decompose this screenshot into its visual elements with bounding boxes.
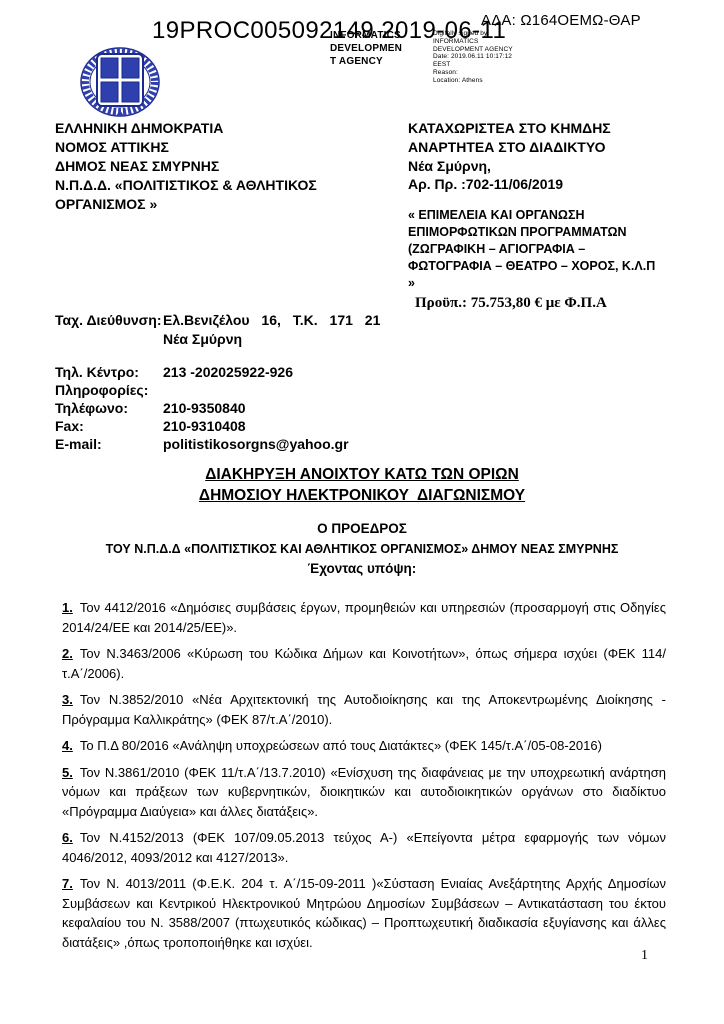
subject-line: (ΖΩΓΡΑΦΙΚΗ – ΑΓΙΟΓΡΑΦΙΑ – bbox=[408, 241, 713, 258]
contact-label: E-mail: bbox=[55, 435, 163, 453]
item-number: 5. bbox=[62, 765, 73, 780]
subject-line: ΕΠΙΜΟΡΦΩΤΙΚΩΝ ΠΡΟΓΡΑΜΜΑΤΩΝ bbox=[408, 224, 713, 241]
authority-line: ΕΛΛΗΝΙΚΗ ΔΗΜΟΚΡΑΤΙΑ bbox=[55, 119, 395, 138]
organization-heading: ΤΟΥ Ν.Π.Δ.Δ «ΠΟΛΙΤΙΣΤΙΚΟΣ ΚΑΙ ΑΘΛΗΤΙΚΟΣ … bbox=[0, 539, 724, 559]
item-text: Τον Ν.3463/2006 «Κύρωση του Κώδικα Δήμων… bbox=[62, 646, 666, 681]
authority-line: ΟΡΓΑΝΙΣΜΟΣ » bbox=[55, 195, 395, 214]
contact-label: Fax: bbox=[55, 417, 163, 435]
contact-row: Fax: 210-9310408 bbox=[55, 417, 435, 435]
subject-line: « ΕΠΙΜΕΛΕΙΑ ΚΑΙ ΟΡΓΑΝΩΣΗ bbox=[408, 207, 713, 224]
contact-value: 210-9350840 bbox=[163, 399, 435, 417]
legal-reference-item: 4.Το Π.Δ 80/2016 «Ανάληψη υποχρεώσεων απ… bbox=[62, 736, 666, 756]
stamp-detail-line: Date: 2019.06.11 10:17:12 bbox=[433, 53, 543, 61]
item-text: Τον Ν.3852/2010 «Νέα Αρχιτεκτονική της Α… bbox=[62, 692, 666, 727]
item-text: Τον Ν.4152/2013 (ΦΕΚ 107/09.05.2013 τεύχ… bbox=[62, 830, 666, 865]
stamp-detail-line: Reason: bbox=[433, 69, 543, 77]
greek-national-emblem-icon bbox=[76, 44, 164, 122]
address-line2: Νέα Σμύρνη bbox=[163, 331, 242, 347]
registry-line: ΚΑΤΑΧΩΡΙΣΤΕΑ ΣΤΟ ΚΗΜΔΗΣ bbox=[408, 119, 713, 138]
title-line2: ΔΗΜΟΣΙΟΥ ΗΛΕΚΤΡΟΝΙΚΟΥ ΔΙΑΓΩΝΙΣΜΟΥ bbox=[199, 487, 525, 504]
contact-info-block: Ταχ. Διεύθυνση: Ελ.Βενιζέλου 16, Τ.Κ. 17… bbox=[55, 311, 435, 453]
contact-value: 210-9310408 bbox=[163, 417, 435, 435]
item-number: 3. bbox=[62, 692, 73, 707]
president-heading: Ο ΠΡΟΕΔΡΟΣ bbox=[0, 519, 724, 539]
title-line1: ΔΙΑΚΗΡΥΞΗ ΑΝΟΙΧΤΟΥ ΚΑΤΩ ΤΩΝ ΟΡΙΩΝ bbox=[205, 466, 519, 483]
contact-label: Τηλέφωνο: bbox=[55, 399, 163, 417]
item-number: 2. bbox=[62, 646, 73, 661]
authority-line: ΝΟΜΟΣ ΑΤΤΙΚΗΣ bbox=[55, 138, 395, 157]
legal-reference-item: 2.Τον Ν.3463/2006 «Κύρωση του Κώδικα Δήμ… bbox=[62, 644, 666, 683]
stamp-detail-line: EEST bbox=[433, 61, 543, 69]
subject-line: ΦΩΤΟΓΡΑΦΙΑ – ΘΕΑΤΡΟ – ΧΟΡΟΣ, Κ.Λ.Π bbox=[408, 258, 713, 275]
item-number: 1. bbox=[62, 600, 73, 615]
legal-reference-item: 5.Τον Ν.3861/2010 (ΦΕΚ 11/τ.Α΄/13.7.2010… bbox=[62, 763, 666, 822]
address-line1: Ελ.Βενιζέλου 16, Τ.Κ. 171 21 bbox=[163, 311, 435, 330]
stamp-signer-line: T AGENCY bbox=[330, 55, 416, 68]
stamp-detail-line: DEVELOPMENT AGENCY bbox=[433, 46, 543, 54]
contact-value: 213 -202025922-926 bbox=[163, 363, 435, 381]
stamp-detail-line: Location: Athens bbox=[433, 77, 543, 85]
contact-row: Τηλέφωνο: 210-9350840 bbox=[55, 399, 435, 417]
contact-label: Τηλ. Κέντρο: bbox=[55, 363, 163, 381]
contact-label: Ταχ. Διεύθυνση: bbox=[55, 311, 163, 349]
item-text: Τον Ν.3861/2010 (ΦΕΚ 11/τ.Α΄/13.7.2010) … bbox=[62, 765, 666, 819]
item-number: 6. bbox=[62, 830, 73, 845]
contact-row: Τηλ. Κέντρο: 213 -202025922-926 bbox=[55, 363, 435, 381]
item-text: Τον Ν. 4013/2011 (Φ.Ε.Κ. 204 τ. Α΄/15-09… bbox=[62, 876, 666, 950]
registry-block: ΚΑΤΑΧΩΡΙΣΤΕΑ ΣΤΟ ΚΗΜΔΗΣ ΑΝΑΡΤΗΤΕΑ ΣΤΟ ΔΙ… bbox=[408, 119, 713, 292]
city-line: Νέα Σμύρνη, bbox=[408, 157, 713, 175]
contact-value: Ελ.Βενιζέλου 16, Τ.Κ. 171 21 Νέα Σμύρνη bbox=[163, 311, 435, 349]
contract-subject: « ΕΠΙΜΕΛΕΙΑ ΚΑΙ ΟΡΓΑΝΩΣΗ ΕΠΙΜΟΡΦΩΤΙΚΩΝ Π… bbox=[408, 207, 713, 292]
contact-value bbox=[163, 381, 435, 399]
having-regard-heading: Έχοντας υπόψη: bbox=[0, 559, 724, 579]
budget-amount: Προϋπ.: 75.753,80 € με Φ.Π.Α bbox=[415, 295, 715, 312]
legal-reference-item: 7.Τον Ν. 4013/2011 (Φ.Ε.Κ. 204 τ. Α΄/15-… bbox=[62, 874, 666, 952]
document-title: ΔΙΑΚΗΡΥΞΗ ΑΝΟΙΧΤΟΥ ΚΑΤΩ ΤΩΝ ΟΡΙΩΝ ΔΗΜΟΣΙ… bbox=[0, 464, 724, 506]
legal-reference-item: 1.Τον 4412/2016 «Δημόσιες συμβάσεις έργω… bbox=[62, 598, 666, 637]
authority-line: Ν.Π.Δ.Δ. «ΠΟΛΙΤΙΣΤΙΚΟΣ & ΑΘΛΗΤΙΚΟΣ bbox=[55, 176, 395, 195]
item-number: 7. bbox=[62, 876, 73, 891]
authority-line: ΔΗΜΟΣ ΝΕΑΣ ΣΜΥΡΝΗΣ bbox=[55, 157, 395, 176]
legal-references-list: 1.Τον 4412/2016 «Δημόσιες συμβάσεις έργω… bbox=[62, 598, 666, 959]
item-text: Το Π.Δ 80/2016 «Ανάληψη υποχρεώσεων από … bbox=[80, 738, 602, 753]
page-number: 1 bbox=[641, 948, 648, 964]
item-number: 4. bbox=[62, 738, 73, 753]
contact-row-address: Ταχ. Διεύθυνση: Ελ.Βενιζέλου 16, Τ.Κ. 17… bbox=[55, 311, 435, 349]
subject-line: » bbox=[408, 275, 713, 292]
issuing-authority-block: ΕΛΛΗΝΙΚΗ ΔΗΜΟΚΡΑΤΙΑ ΝΟΜΟΣ ΑΤΤΙΚΗΣ ΔΗΜΟΣ … bbox=[55, 119, 395, 214]
item-text: Τον 4412/2016 «Δημόσιες συμβάσεις έργων,… bbox=[62, 600, 666, 635]
legal-reference-item: 6.Τον Ν.4152/2013 (ΦΕΚ 107/09.05.2013 τε… bbox=[62, 828, 666, 867]
registry-line: ΑΝΑΡΤΗΤΕΑ ΣΤΟ ΔΙΑΔΙΚΤΥΟ bbox=[408, 138, 713, 157]
legal-reference-item: 3.Τον Ν.3852/2010 «Νέα Αρχιτεκτονική της… bbox=[62, 690, 666, 729]
kimdis-protocol-number: 19PROC005092149 2019-06-11 bbox=[152, 17, 506, 45]
preamble-block: Ο ΠΡΟΕΔΡΟΣ ΤΟΥ Ν.Π.Δ.Δ «ΠΟΛΙΤΙΣΤΙΚΟΣ ΚΑΙ… bbox=[0, 519, 724, 579]
document-page: ΑΔΑ: Ω164ΟΕΜΩ-ΘΑΡ 19PROC005092149 2019-0… bbox=[0, 0, 724, 1024]
contact-email: politistikosorgns@yahoo.gr bbox=[163, 435, 435, 453]
contact-label: Πληροφορίες: bbox=[55, 381, 163, 399]
protocol-number: Αρ. Πρ. :702-11/06/2019 bbox=[408, 175, 713, 193]
contact-row: E-mail: politistikosorgns@yahoo.gr bbox=[55, 435, 435, 453]
contact-row: Πληροφορίες: bbox=[55, 381, 435, 399]
